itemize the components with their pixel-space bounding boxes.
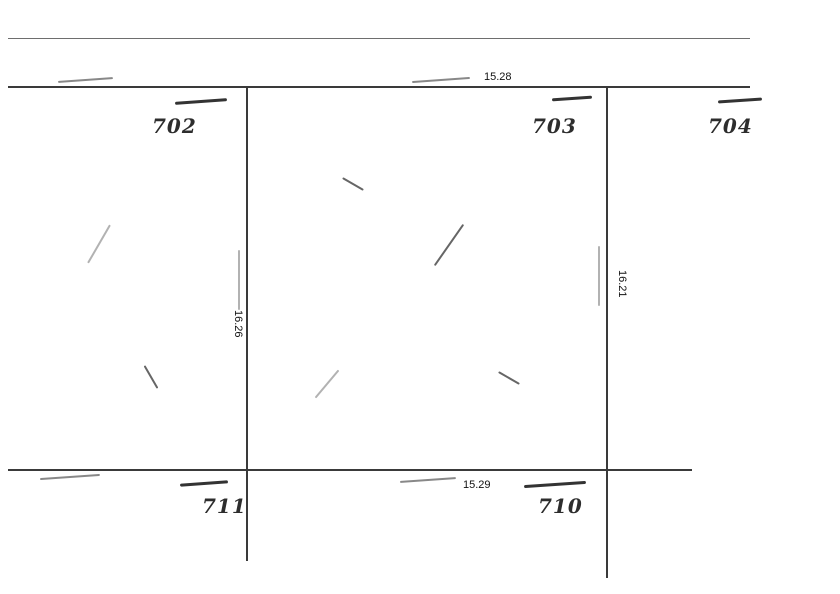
dimension-right: 16.21	[616, 270, 628, 298]
handwritten-annotation	[718, 97, 762, 103]
diagonal-mark	[598, 246, 600, 306]
diagonal-mark	[315, 370, 340, 399]
diagonal-mark	[144, 365, 159, 389]
plot-number-703: 703	[532, 114, 577, 138]
diagonal-mark	[434, 224, 464, 266]
handwritten-annotation	[524, 481, 586, 488]
handwritten-annotation	[180, 480, 228, 486]
diagonal-mark	[498, 371, 520, 385]
plot-number-711: 711	[202, 494, 247, 518]
handwritten-annotation	[40, 474, 100, 480]
dimension-left: 16.26	[232, 310, 244, 338]
road-boundary-line	[8, 38, 750, 39]
left-boundary-line	[246, 86, 248, 561]
diagonal-mark	[342, 177, 364, 191]
bottom-boundary-line	[8, 469, 692, 471]
diagonal-mark	[238, 250, 240, 310]
handwritten-annotation	[400, 477, 456, 483]
top-boundary-line	[8, 86, 750, 88]
handwritten-annotation	[412, 77, 470, 83]
dimension-top: 15.28	[484, 71, 512, 83]
right-boundary-line	[606, 86, 608, 578]
plot-number-710: 710	[538, 494, 583, 518]
handwritten-annotation	[58, 77, 113, 83]
parcel-map: 702 703 704 711 710 15.28 15.29 16.26 16…	[0, 0, 840, 594]
plot-number-702: 702	[152, 114, 197, 138]
handwritten-annotation	[175, 98, 227, 105]
plot-number-704: 704	[708, 114, 753, 138]
dimension-bottom: 15.29	[463, 479, 491, 491]
diagonal-mark	[87, 224, 111, 263]
handwritten-annotation	[552, 96, 592, 102]
